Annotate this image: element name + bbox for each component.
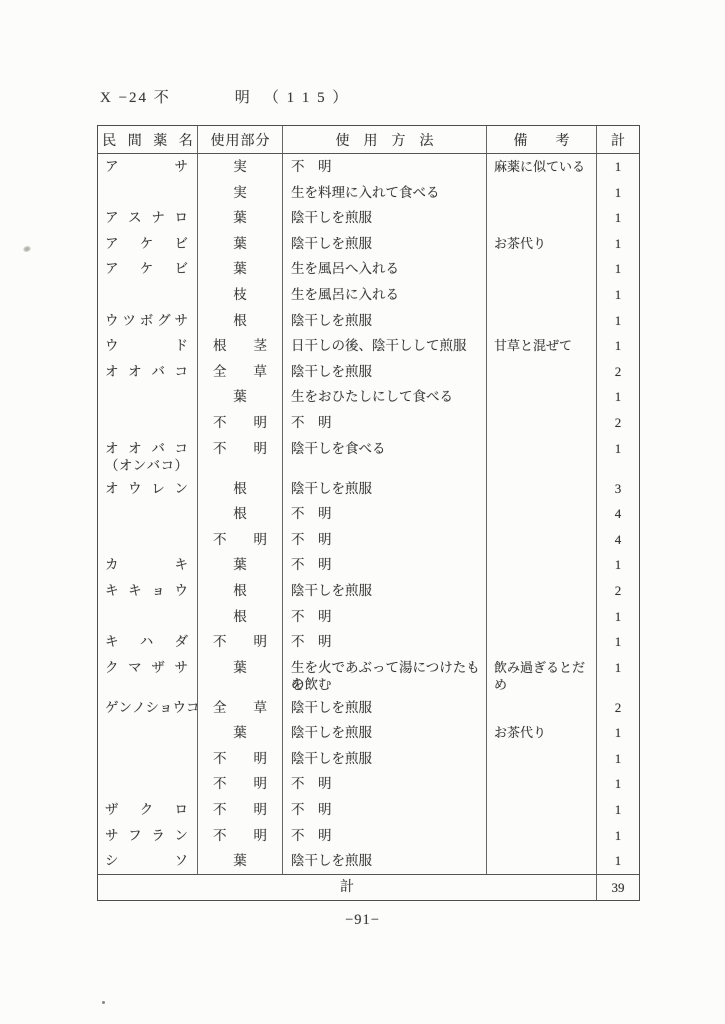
remarks-cell: [487, 476, 597, 502]
justified-text-line: 根茎: [213, 337, 267, 354]
count-cell: 1: [597, 848, 639, 874]
table-row: オオバコ全草陰干しを煎服2: [98, 359, 639, 385]
folk-medicine-name-cell: カキ: [98, 552, 198, 578]
header-folk-medicine-name: 民 間 薬 名: [98, 126, 198, 153]
method-line: 不 明: [291, 608, 482, 625]
usage-method-cell: 日干しの後、陰干しして煎服: [283, 333, 487, 359]
scanned-document-page: X −24 不 明 （ 1 1 5 ） 民 間 薬 名 使用部分 使 用 方 法…: [0, 0, 725, 1024]
remarks-cell: 甘草と混ぜて: [487, 333, 597, 359]
folk-medicine-name-cell: オウレン: [98, 476, 198, 502]
remarks-cell: [487, 629, 597, 655]
used-part-cell: 全草: [198, 695, 283, 721]
justified-text-line: 根: [213, 582, 267, 599]
count-cell: 1: [597, 308, 639, 334]
folk-medicine-name-cell: ウツボグサ: [98, 308, 198, 334]
remarks-cell: [487, 282, 597, 308]
folk-medicine-name-cell: [98, 501, 198, 527]
justified-text-line: アケビ: [105, 260, 188, 277]
remarks-cell: [487, 848, 597, 874]
justified-text-line: ウド: [105, 337, 188, 354]
justified-text-line: 不明: [213, 775, 267, 792]
count-cell: 2: [597, 410, 639, 436]
used-part-cell: 不明: [198, 436, 283, 476]
table-row: 根不 明1: [98, 604, 639, 630]
folk-medicine-name-cell: [98, 720, 198, 746]
table-row: カキ葉不 明1: [98, 552, 639, 578]
table-row: シソ葉陰干しを煎服1: [98, 848, 639, 874]
folk-medicine-name-cell: アスナロ: [98, 205, 198, 231]
remarks-cell: [487, 527, 597, 553]
usage-method-cell: 陰干しを煎服: [283, 359, 487, 385]
justified-text-line: （オンバコ）: [105, 457, 188, 474]
remarks-cell: [487, 359, 597, 385]
table-row: 葉陰干しを煎服お茶代り1: [98, 720, 639, 746]
method-line: 不 明: [291, 505, 482, 522]
remarks-cell: 飲み過ぎるとだめ: [487, 655, 597, 695]
table-row: キハダ不明不 明1: [98, 629, 639, 655]
usage-method-cell: 生を風呂へ入れる: [283, 256, 487, 282]
used-part-cell: 根: [198, 578, 283, 604]
justified-text-line: 実: [213, 158, 267, 175]
table-row: アケビ葉生を風呂へ入れる1: [98, 256, 639, 282]
method-line: 不 明: [291, 414, 482, 431]
usage-method-cell: 陰干しを食べる: [283, 436, 487, 476]
method-line: 不 明: [291, 827, 482, 844]
folk-medicine-name-cell: [98, 180, 198, 206]
remarks-cell: [487, 604, 597, 630]
justified-text-line: カキ: [105, 556, 188, 573]
table-row: キキョウ根陰干しを煎服2: [98, 578, 639, 604]
method-line: 陰干しを煎服: [291, 312, 482, 329]
used-part-cell: 不明: [198, 746, 283, 772]
scan-artifact-mark: [22, 245, 31, 253]
table-row: クマザサ葉生を火であぶって湯につけたものを飲む飲み過ぎるとだめ1: [98, 655, 639, 695]
table-row: サフラン不明不 明1: [98, 823, 639, 849]
count-cell: 1: [597, 720, 639, 746]
usage-method-cell: 不 明: [283, 527, 487, 553]
folk-medicine-name-cell: オオバコ（オンバコ）: [98, 436, 198, 476]
method-line: 生を風呂に入れる: [291, 286, 482, 303]
justified-text-line: 葉: [213, 659, 267, 676]
justified-text-line: 不明: [213, 750, 267, 767]
usage-method-cell: 不 明: [283, 823, 487, 849]
used-part-cell: 葉: [198, 720, 283, 746]
justified-text-line: ザクロ: [105, 801, 188, 818]
count-cell: 1: [597, 205, 639, 231]
count-cell: 1: [597, 771, 639, 797]
count-cell: 1: [597, 629, 639, 655]
remarks-cell: [487, 501, 597, 527]
folk-medicine-name-cell: キハダ: [98, 629, 198, 655]
table-row: アサ実不 明麻薬に似ている1: [98, 154, 639, 180]
method-line: 陰干しを煎服: [291, 363, 482, 380]
header-total: 計: [597, 126, 639, 153]
usage-method-cell: 生を料理に入れて食べる: [283, 180, 487, 206]
count-cell: 1: [597, 655, 639, 695]
folk-medicine-name-cell: シソ: [98, 848, 198, 874]
remarks-cell: [487, 695, 597, 721]
used-part-cell: 葉: [198, 205, 283, 231]
remarks-cell: [487, 823, 597, 849]
justified-text-line: 全草: [213, 699, 267, 716]
used-part-cell: 根: [198, 604, 283, 630]
count-cell: 2: [597, 359, 639, 385]
table-row: 実生を料理に入れて食べる1: [98, 180, 639, 206]
count-cell: 1: [597, 282, 639, 308]
usage-method-cell: 不 明: [283, 771, 487, 797]
count-cell: 1: [597, 154, 639, 180]
usage-method-cell: 陰干しを煎服: [283, 695, 487, 721]
justified-text-line: 葉: [213, 260, 267, 277]
used-part-cell: 葉: [198, 655, 283, 695]
justified-text-line: オオバコ: [105, 363, 188, 380]
usage-method-cell: 陰干しを煎服: [283, 720, 487, 746]
method-line: を飲む: [291, 676, 482, 693]
remarks-cell: [487, 410, 597, 436]
table-row: 根不 明4: [98, 501, 639, 527]
table-row: 不明不 明1: [98, 771, 639, 797]
method-line: 日干しの後、陰干しして煎服: [291, 337, 482, 354]
count-cell: 4: [597, 527, 639, 553]
justified-text-line: 根: [213, 480, 267, 497]
used-part-cell: 根: [198, 501, 283, 527]
count-cell: 2: [597, 578, 639, 604]
justified-text-line: 葉: [213, 209, 267, 226]
usage-method-cell: 不 明: [283, 410, 487, 436]
remarks-cell: [487, 578, 597, 604]
table-row: オウレン根陰干しを煎服3: [98, 476, 639, 502]
method-line: 陰干しを煎服: [291, 699, 482, 716]
count-cell: 1: [597, 180, 639, 206]
method-line: 不 明: [291, 801, 482, 818]
used-part-cell: 葉: [198, 552, 283, 578]
folk-medicine-name-cell: アケビ: [98, 256, 198, 282]
justified-text-line: 不明: [213, 531, 267, 548]
justified-text-line: 根: [213, 505, 267, 522]
folk-medicine-name-cell: [98, 746, 198, 772]
count-cell: 1: [597, 256, 639, 282]
used-part-cell: 不明: [198, 797, 283, 823]
table-header-row: 民 間 薬 名 使用部分 使 用 方 法 備 考 計: [98, 126, 639, 154]
remarks-cell: [487, 797, 597, 823]
folk-medicine-name-cell: [98, 282, 198, 308]
folk-medicine-name-cell: アサ: [98, 154, 198, 180]
table-row: ウド根茎日干しの後、陰干しして煎服甘草と混ぜて1: [98, 333, 639, 359]
justified-text-line: 全草: [213, 363, 267, 380]
method-line: 不 明: [291, 556, 482, 573]
table-row: ザクロ不明不 明1: [98, 797, 639, 823]
folk-medicine-name-cell: [98, 384, 198, 410]
folk-medicine-name-cell: [98, 410, 198, 436]
method-line: 陰干しを食べる: [291, 440, 482, 457]
usage-method-cell: 陰干しを煎服: [283, 848, 487, 874]
count-cell: 4: [597, 501, 639, 527]
header-remarks: 備 考: [487, 126, 597, 153]
page-number: −91−: [0, 912, 725, 929]
justified-text-line: 根: [213, 312, 267, 329]
justified-text-line: オウレン: [105, 480, 188, 497]
used-part-cell: 不明: [198, 410, 283, 436]
justified-text-line: 不明: [213, 827, 267, 844]
justified-text-line: アケビ: [105, 235, 188, 252]
remarks-cell: お茶代り: [487, 231, 597, 257]
table-row: ゲンノショウコ全草陰干しを煎服2: [98, 695, 639, 721]
folk-medicine-name-cell: ウド: [98, 333, 198, 359]
method-line: 不 明: [291, 531, 482, 548]
justified-text-line: 不明: [213, 414, 267, 431]
usage-method-cell: 生をおひたしにして食べる: [283, 384, 487, 410]
count-cell: 2: [597, 695, 639, 721]
justified-text-line: サフラン: [105, 827, 188, 844]
justified-text-line: アスナロ: [105, 209, 188, 226]
folk-medicine-name-cell: アケビ: [98, 231, 198, 257]
remarks-cell: [487, 180, 597, 206]
count-cell: 1: [597, 552, 639, 578]
folk-medicine-table: 民 間 薬 名 使用部分 使 用 方 法 備 考 計 アサ実不 明麻薬に似ている…: [97, 125, 640, 901]
remarks-cell: [487, 436, 597, 476]
folk-medicine-name-cell: [98, 527, 198, 553]
footer-total-label: 計: [98, 875, 597, 900]
used-part-cell: 枝: [198, 282, 283, 308]
count-cell: 3: [597, 476, 639, 502]
folk-medicine-name-cell: ゲンノショウコ: [98, 695, 198, 721]
justified-text-line: 枝: [213, 286, 267, 303]
used-part-cell: 不明: [198, 629, 283, 655]
justified-text-line: 不明: [213, 801, 267, 818]
used-part-cell: 根: [198, 476, 283, 502]
used-part-cell: 葉: [198, 848, 283, 874]
justified-text-line: キキョウ: [105, 582, 188, 599]
table-row: ウツボグサ根陰干しを煎服1: [98, 308, 639, 334]
justified-text-line: 実: [213, 184, 267, 201]
remarks-cell: [487, 308, 597, 334]
used-part-cell: 不明: [198, 823, 283, 849]
usage-method-cell: 陰干しを煎服: [283, 476, 487, 502]
justified-text-line: 根: [213, 608, 267, 625]
used-part-cell: 不明: [198, 527, 283, 553]
remarks-cell: [487, 256, 597, 282]
title-category: 明: [235, 86, 252, 107]
folk-medicine-name-cell: オオバコ: [98, 359, 198, 385]
justified-text-line: 葉: [213, 556, 267, 573]
table-row: 不明陰干しを煎服1: [98, 746, 639, 772]
table-body: アサ実不 明麻薬に似ている1実生を料理に入れて食べる1アスナロ葉陰干しを煎服1ア…: [98, 154, 639, 874]
usage-method-cell: 不 明: [283, 604, 487, 630]
usage-method-cell: 生を風呂に入れる: [283, 282, 487, 308]
usage-method-cell: 不 明: [283, 797, 487, 823]
remarks-cell: 麻薬に似ている: [487, 154, 597, 180]
justified-text-line: 不明: [213, 633, 267, 650]
method-line: 陰干しを煎服: [291, 724, 482, 741]
method-line: 陰干しを煎服: [291, 209, 482, 226]
usage-method-cell: 不 明: [283, 154, 487, 180]
remarks-cell: [487, 746, 597, 772]
justified-text-line: 葉: [213, 724, 267, 741]
folk-medicine-name-cell: クマザサ: [98, 655, 198, 695]
method-line: 生をおひたしにして食べる: [291, 388, 482, 405]
used-part-cell: 全草: [198, 359, 283, 385]
usage-method-cell: 生を火であぶって湯につけたものを飲む: [283, 655, 487, 695]
count-cell: 1: [597, 797, 639, 823]
usage-method-cell: 陰干しを煎服: [283, 308, 487, 334]
count-cell: 1: [597, 604, 639, 630]
folk-medicine-name-cell: ザクロ: [98, 797, 198, 823]
justified-text-line: オオバコ: [105, 440, 188, 457]
used-part-cell: 実: [198, 180, 283, 206]
header-used-part: 使用部分: [198, 126, 283, 153]
method-line: 陰干しを煎服: [291, 235, 482, 252]
justified-text-line: アサ: [105, 158, 188, 175]
title-section-code: X −24 不: [100, 86, 171, 107]
used-part-cell: 葉: [198, 231, 283, 257]
usage-method-cell: 陰干しを煎服: [283, 746, 487, 772]
count-cell: 1: [597, 746, 639, 772]
title-count: （ 1 1 5 ）: [264, 86, 350, 107]
justified-text-line: 葉: [213, 388, 267, 405]
remarks-cell: [487, 771, 597, 797]
method-line: 不 明: [291, 775, 482, 792]
used-part-cell: 根: [198, 308, 283, 334]
table-row: オオバコ（オンバコ）不明陰干しを食べる1: [98, 436, 639, 476]
method-line: 生を風呂へ入れる: [291, 260, 482, 277]
table-row: 不明不 明2: [98, 410, 639, 436]
used-part-cell: 葉: [198, 384, 283, 410]
usage-method-cell: 陰干しを煎服: [283, 205, 487, 231]
table-row: 不明不 明4: [98, 527, 639, 553]
folk-medicine-name-cell: [98, 604, 198, 630]
used-part-cell: 不明: [198, 771, 283, 797]
justified-text-line: キハダ: [105, 633, 188, 650]
header-usage-method: 使 用 方 法: [283, 126, 487, 153]
folk-medicine-name-cell: キキョウ: [98, 578, 198, 604]
method-line: 陰干しを煎服: [291, 852, 482, 869]
footer-total-value: 39: [597, 875, 639, 900]
usage-method-cell: 不 明: [283, 501, 487, 527]
usage-method-cell: 不 明: [283, 552, 487, 578]
justified-text-line: 葉: [213, 852, 267, 869]
usage-method-cell: 陰干しを煎服: [283, 231, 487, 257]
table-row: アケビ葉陰干しを煎服お茶代り1: [98, 231, 639, 257]
table-row: 葉生をおひたしにして食べる1: [98, 384, 639, 410]
scan-artifact-dot: [102, 1001, 105, 1004]
method-line: 陰干しを煎服: [291, 480, 482, 497]
justified-text-line: ウツボグサ: [105, 312, 188, 329]
folk-medicine-name-cell: サフラン: [98, 823, 198, 849]
justified-text-line: 不明: [213, 440, 267, 457]
count-cell: 1: [597, 823, 639, 849]
folk-medicine-name-cell: [98, 771, 198, 797]
used-part-cell: 実: [198, 154, 283, 180]
remarks-cell: [487, 384, 597, 410]
used-part-cell: 根茎: [198, 333, 283, 359]
remarks-cell: [487, 552, 597, 578]
method-line: 生を料理に入れて食べる: [291, 184, 482, 201]
method-line: 生を火であぶって湯につけたもの: [291, 659, 482, 676]
method-line: 不 明: [291, 633, 482, 650]
table-row: アスナロ葉陰干しを煎服1: [98, 205, 639, 231]
count-cell: 1: [597, 333, 639, 359]
count-cell: 1: [597, 436, 639, 476]
method-line: 陰干しを煎服: [291, 582, 482, 599]
table-row: 枝生を風呂に入れる1: [98, 282, 639, 308]
document-title: X −24 不 明 （ 1 1 5 ）: [100, 86, 349, 107]
usage-method-cell: 陰干しを煎服: [283, 578, 487, 604]
method-line: 不 明: [291, 158, 482, 175]
method-line: 陰干しを煎服: [291, 750, 482, 767]
justified-text-line: ゲンノショウコ: [105, 699, 188, 716]
remarks-cell: お茶代り: [487, 720, 597, 746]
usage-method-cell: 不 明: [283, 629, 487, 655]
justified-text-line: 葉: [213, 235, 267, 252]
count-cell: 1: [597, 384, 639, 410]
justified-text-line: シソ: [105, 852, 188, 869]
table-footer-row: 計 39: [98, 874, 639, 900]
remarks-cell: [487, 205, 597, 231]
used-part-cell: 葉: [198, 256, 283, 282]
count-cell: 1: [597, 231, 639, 257]
justified-text-line: クマザサ: [105, 659, 188, 676]
